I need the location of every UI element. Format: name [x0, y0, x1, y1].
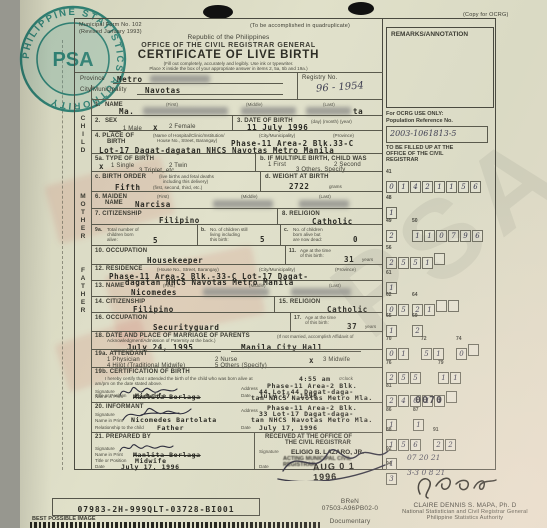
instructions-2: Place X inside the box of your appropria… [75, 66, 382, 71]
row-marriage-of-parents: 18. DATE AND PLACE OF MARRIAGE OF PARENT… [91, 331, 382, 349]
punch-hole [203, 5, 233, 19]
father-religion-label: RELIGION [290, 299, 321, 305]
mother-citizenship-label: CITIZENSHIP [102, 211, 142, 217]
informant-date-value: July 17, 1996 [259, 424, 318, 432]
row16-no: 16. [95, 315, 104, 321]
quadruplicate-note: (To be accomplished in quadruplicate) [250, 23, 350, 29]
maiden-sub-middle: (Middle) [241, 194, 258, 199]
birth-order-sub3: (first, second, third, etc.) [153, 185, 202, 190]
dob-sublabels: (day) (month) (year) [311, 119, 352, 124]
informant-name-label: Name in Print [95, 418, 123, 423]
cert-text2: o'clock [339, 376, 353, 381]
pob-sub3: (City/Municipality) [259, 133, 295, 138]
prepared-date-label: Date [95, 464, 105, 469]
side-label-father: FATHER [78, 267, 88, 315]
row-father-citizenship-religion: 14. CITIZENSHIP Filipino 15. RELIGION Ca… [91, 296, 382, 312]
r11-l2: of this birth: [300, 253, 324, 258]
code-field-50: 50110796 [412, 218, 484, 243]
children-still-living: 5 [260, 235, 265, 244]
row-residence: 12. RESIDENCE (House No., Street, Barang… [91, 264, 382, 280]
row-mother-citizenship-religion: 7. CITIZENSHIP Filipino 8. RELIGION Cath… [91, 208, 382, 224]
city-label: City/Municipality [80, 87, 127, 93]
dob-cell: 3. DATE OF BIRTH (day) (month) (year) 11… [232, 116, 382, 130]
row17-no: 17. [294, 315, 302, 321]
code-field-79: 7911 [438, 360, 462, 385]
residence-sub3: (Province) [335, 267, 356, 272]
informant-address3: tan NHCS Navotas Metro Mla. [251, 416, 373, 424]
code-field-56: 562551 [386, 245, 446, 270]
psa-chief-name: CLAIRE DENNIS S. MAPA, Ph. D [380, 502, 547, 509]
hand-0070: 0070 [415, 395, 443, 406]
registry-value: 96 - 1954 [316, 80, 365, 94]
weight-cell: d. WEIGHT AT BIRTH 2722 grams [260, 172, 382, 191]
pob-sub4: (Province) [333, 133, 354, 138]
pop-ref-value: 2003-1061813-5 [390, 129, 456, 138]
scanned-birth-certificate: PSA (Copy for OCRG) PHILIPPINE STATISTIC… [0, 0, 547, 528]
father-age-unit: years [365, 324, 376, 329]
prepared-date-value: July 17, 1996 [121, 463, 180, 471]
side-label-column: CHILD MOTHER FATHER [75, 85, 92, 469]
pop-ref-box: 2003-1061813-5 [386, 126, 488, 143]
row-sex-dob: 2. SEX 1 Male x 2 Female 3. DATE OF BIRT… [91, 115, 382, 130]
father-age-cell: 17. Age at the time of this birth: 37 ye… [290, 313, 382, 331]
row8-no: 8. [282, 211, 287, 217]
mother-religion-cell: 8. RELIGION Catholic [277, 209, 382, 224]
row-children-counts: 9a. Total number of children born alive:… [91, 224, 382, 245]
code-field-41: 4101421156 [386, 169, 482, 194]
fill-up-note: TO BE FILLED UP AT THEOFFICE OF THE CIVI… [386, 145, 453, 163]
row5c-no: c. [95, 174, 100, 180]
row13-no: 13. [95, 283, 104, 289]
father-religion-cell: 15. RELIGION Catholic [274, 297, 382, 312]
code-field-72: 7251 [421, 336, 445, 361]
code-field-76: 76255 [386, 360, 422, 385]
informant-date-label: Date [241, 425, 251, 430]
mother-age-unit: years [362, 257, 373, 262]
mother-occupation-label: OCCUPATION [106, 248, 147, 254]
r9c-cell: c. No. of children born alive but are no… [280, 225, 382, 245]
row19b-no: 19b. [95, 369, 108, 375]
form-number: Municipal Form No. 102 [79, 22, 142, 28]
remarks-title: REMARKS/ANNOTATION [391, 31, 468, 38]
province-label: Province [80, 76, 105, 82]
attendant-mark: x [309, 356, 314, 365]
row-attendant: 19a. ATTENDANT 1 Physician 2 Nurse x 3 M… [91, 349, 382, 367]
code-field-70: 7001 [386, 336, 410, 361]
cert-title-value: Midwife [135, 392, 167, 400]
informant-relationship-value: Father [157, 424, 184, 432]
marriage-note1: (If not married, accomplish Affidavit of [277, 334, 354, 339]
row9c-no: c. [284, 227, 289, 233]
row-father-occupation-age: 16. OCCUPATION Securityguard 17. Age at … [91, 312, 382, 331]
hand-note-92: 07 20 21 [407, 453, 440, 462]
pop-ref-label: Population Reference No. [386, 118, 453, 124]
psa-chief-block: CLAIRE DENNIS S. MAPA, Ph. D National St… [380, 502, 547, 521]
row14-no: 14. [95, 299, 104, 305]
informant-signature-label: Signature [95, 412, 115, 417]
code-field-49: 492 [386, 218, 398, 243]
cert-date-label: Date [241, 393, 251, 398]
row3-no: 3. [237, 118, 242, 124]
row10-no: 10. [95, 248, 104, 254]
birth-order-sub2: including this delivery) [163, 179, 208, 184]
code-field-94: 943 [386, 461, 398, 486]
redacted-name [291, 288, 351, 296]
redacted-province [150, 75, 210, 83]
psa-chief-title2: Philippine Statistics Authority [380, 515, 547, 521]
row-informant: 20. INFORMANT Signature Name in Print Ni… [91, 402, 382, 432]
remarks-box: REMARKS/ANNOTATION [386, 27, 494, 108]
r17-l2: of this birth: [305, 320, 329, 325]
row-birth-order-weight: c. BIRTH ORDER (live births and fetal de… [91, 171, 382, 191]
office-line: OFFICE OF THE CIVIL REGISTRAR GENERAL [75, 42, 382, 49]
paper: PSA (Copy for OCRG) PHILIPPINE STATISTIC… [20, 0, 547, 528]
code-field-91: 9122 [433, 427, 457, 452]
received-cell: RECEIVED AT THE OFFICE OF THE CIVIL REGI… [254, 433, 382, 469]
children-now-dead: 0 [353, 235, 358, 244]
code-field-65: 651 [386, 313, 398, 338]
weight-value: 2722 [289, 182, 309, 191]
prepared-name-label: Name in Print [95, 452, 123, 457]
informant-address-label: Address [241, 408, 258, 413]
redacted-name [241, 107, 296, 115]
birth-order-label: BIRTH ORDER [102, 174, 146, 180]
cert-address-label: Address [241, 386, 258, 391]
r9b-l3: this birth: [210, 237, 229, 242]
row-maiden-name: 6. MAIDEN NAME (First) (Middle) (Last) N… [91, 191, 382, 208]
father-age-value: 37 [347, 322, 357, 331]
redacted-name [143, 107, 228, 115]
maiden-sub-last: (Last) [319, 194, 331, 199]
row-place-of-birth: 4. PLACE OF BIRTH (Name of Hospital/Clin… [91, 130, 382, 153]
redacted-name [213, 200, 273, 208]
multiple-birth-cell: b. IF MULTIPLE BIRTH, CHILD WAS 1 First … [255, 154, 382, 171]
type-label: TYPE OF BIRTH [106, 156, 154, 162]
cert-date-value: July 17, 1996 [259, 392, 318, 400]
attendant-midwife: 3 Midwife [323, 357, 350, 363]
control-number: 07983-2H-999QLT-03728-BI001 [77, 505, 234, 514]
certification-label: CERTIFICATION OF BIRTH [110, 369, 190, 375]
maiden-label2: NAME [105, 200, 123, 206]
row20-no: 20. [95, 404, 104, 410]
row19a-no: 19a. [95, 351, 107, 357]
row12-no: 12. [95, 266, 104, 272]
row4-no: 4. [95, 133, 100, 139]
code-field-69: 692 [412, 313, 424, 338]
row1-no: 1. [95, 102, 100, 108]
redacted-name [299, 200, 349, 208]
code-field-48: 481 [386, 195, 398, 220]
father-name-label: NAME [106, 283, 124, 289]
barcode [30, 522, 320, 528]
r9c-l3: are now dead: [293, 237, 322, 242]
control-number-box: 07983-2H-999QLT-03728-BI001 [52, 498, 260, 516]
received-date-label: Date [259, 464, 269, 469]
row7-no: 7. [95, 211, 100, 217]
page-title: CERTIFICATE OF LIVE BIRTH [75, 49, 382, 61]
type-mark: x [99, 162, 104, 171]
row15-no: 15. [279, 299, 288, 305]
weight-unit: grams [329, 184, 342, 189]
weight-label: WEIGHT AT BIRTH [273, 174, 329, 180]
maiden-sub-first: (First) [157, 194, 169, 199]
mother-age-value: 31 [344, 255, 354, 264]
republic-line: Republic of the Philippines [75, 34, 382, 41]
ocrg-use-only: For OCRG USE ONLY: [386, 111, 443, 117]
informant-relationship-label: Relationship to the child [95, 425, 144, 430]
registry-label: Registry No. [302, 75, 337, 81]
side-label-child: CHILD [78, 115, 88, 155]
row5d-no: d. [265, 174, 271, 180]
row11-no: 11. [289, 248, 296, 254]
redacted-name [306, 107, 351, 115]
psa-chief-signature-icon [410, 472, 510, 502]
father-occupation-label: OCCUPATION [106, 315, 147, 321]
row9a-no: 9a. [95, 227, 103, 233]
prepared-signature-label: Signature [95, 446, 115, 451]
row18-no: 18. [95, 333, 104, 339]
row-mother-occupation-age: 10. OCCUPATION Housekeeper 11. Age at th… [91, 245, 382, 264]
r9b-cell: b. No. of children still living includin… [197, 225, 280, 245]
registry-cell: Registry No. 96 - 1954 [297, 72, 383, 100]
punch-hole [348, 2, 374, 15]
multiple-option-first: 1 First [268, 162, 286, 168]
mother-age-cell: 11. Age at the time of this birth: 31 ye… [285, 246, 382, 264]
code-field-74: 740 [456, 336, 480, 361]
pob-sub2: House No., Street, Barangay) [157, 138, 217, 143]
row5b-no: b. [260, 156, 266, 162]
row6-no: 6. [95, 194, 100, 200]
row2-no: 2. [95, 118, 100, 124]
type-option-single: 1 Single [111, 163, 134, 169]
row-name-child: 1. NAME (First) (Middle) (Last) Ma. ta [91, 99, 382, 115]
redacted-name [203, 288, 269, 296]
row9b-no: b. [201, 227, 206, 233]
row-prepared-received: 21. PREPARED BY Signature Name in Print … [91, 432, 382, 469]
r9a-l3: alive: [107, 237, 118, 242]
residence-value2: dagatan NHCS Navotas Metro Manila [125, 278, 294, 287]
form: CHILD MOTHER FATHER Municipal Form No. 1… [74, 18, 496, 470]
side-label-mother: MOTHER [78, 193, 88, 241]
row-type-of-birth: 5a. TYPE OF BIRTH x 1 Single 2 Twin 3 Tr… [91, 153, 382, 171]
registrar-signature-icon [273, 441, 393, 481]
row21-no: 21. [95, 434, 104, 440]
children-born-alive: 5 [153, 236, 158, 245]
cert-title-label: Title or Position [95, 393, 127, 398]
pob-label2: BIRTH [107, 139, 125, 145]
informant-name-value: Nicomedes Bartolata [131, 416, 217, 424]
